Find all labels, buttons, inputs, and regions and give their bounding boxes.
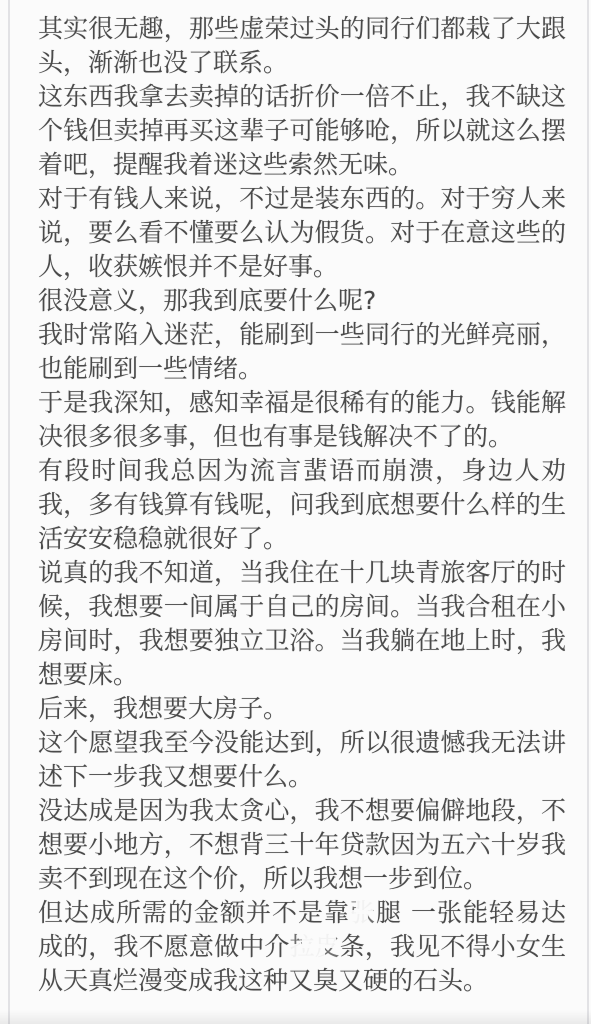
paragraph: 说真的我不知道，当我住在十几块青旅客厅的时候，我想要一间属于自己的房间。当我合租… <box>38 556 566 692</box>
paragraph-text: 后来，我想要大房子。 <box>38 694 288 723</box>
left-edge-line <box>8 0 10 1024</box>
paragraph: 后来，我想要大房子。 <box>38 692 566 726</box>
paragraph: 对于有钱人来说，不过是装东西的。对于穷人来说，要么看不懂要么认为假货。对于在意这… <box>38 182 566 284</box>
paragraph-text: 这个愿望我至今没能达到，所以很遗憾我无法讲述下一步我又想要什么。 <box>38 728 566 791</box>
paragraph: 没达成是因为我太贪心，我不想要偏僻地段，不想要小地方，不想背三十年贷款因为五六十… <box>38 794 566 896</box>
paragraph: 于是我深知，感知幸福是很稀有的能力。钱能解决很多很多事，但也有事是钱解决不了的。 <box>38 386 566 454</box>
censored-text: 张 <box>350 896 375 930</box>
paragraph-text: 说真的我不知道，当我住在十几块青旅客厅的时候，我想要一间属于自己的房间。当我合租… <box>38 558 566 689</box>
paragraph-text: 很没意义，那我到底要什么呢? <box>38 286 376 315</box>
bottom-shade <box>0 1010 591 1024</box>
paragraph-text: 其实很无趣，那些虚荣过头的同行们都栽了大跟头，渐渐也没了联系。 <box>38 14 566 77</box>
paragraph: 但达成所需的金额并不是靠张腿 一张能轻易达成的，我不愿意做中介拉皮条，我见不得小… <box>38 896 566 998</box>
paragraph-text: 我时常陷入迷茫，能刷到一些同行的光鲜亮丽，也能刷到一些情绪。 <box>38 320 566 383</box>
paragraph: 有段时间我总因为流言蜚语而崩溃，身边人劝我，多有钱算有钱呢，问我到底想要什么样的… <box>38 454 566 556</box>
text-post-screenshot: 其实很无趣，那些虚荣过头的同行们都栽了大跟头，渐渐也没了联系。这东西我拿去卖掉的… <box>0 0 591 1024</box>
paragraph-text: 没达成是因为我太贪心，我不想要偏僻地段，不想要小地方，不想背三十年贷款因为五六十… <box>38 796 566 893</box>
post-text: 其实很无趣，那些虚荣过头的同行们都栽了大跟头，渐渐也没了联系。这东西我拿去卖掉的… <box>38 12 566 998</box>
paragraph: 很没意义，那我到底要什么呢? <box>38 284 566 318</box>
paragraph-text: 有段时间我总因为流言蜚语而崩溃，身边人劝我，多有钱算有钱呢，问我到底想要什么样的… <box>38 456 566 553</box>
paragraph: 这东西我拿去卖掉的话折价一倍不止，我不缺这个钱但卖掉再买这辈子可能够呛，所以就这… <box>38 80 566 182</box>
right-edge-line <box>587 0 589 1024</box>
censored-text: 拉皮 <box>290 930 340 964</box>
paragraph: 这个愿望我至今没能达到，所以很遗憾我无法讲述下一步我又想要什么。 <box>38 726 566 794</box>
paragraph-text: 对于有钱人来说，不过是装东西的。对于穷人来说，要么看不懂要么认为假货。对于在意这… <box>38 184 566 281</box>
paragraph-text: 于是我深知，感知幸福是很稀有的能力。钱能解决很多很多事，但也有事是钱解决不了的。 <box>38 388 566 451</box>
paragraph: 我时常陷入迷茫，能刷到一些同行的光鲜亮丽，也能刷到一些情绪。 <box>38 318 566 386</box>
paragraph-text: 但达成所需的金额并不是靠 <box>38 898 350 927</box>
paragraph: 其实很无趣，那些虚荣过头的同行们都栽了大跟头，渐渐也没了联系。 <box>38 12 566 80</box>
paragraph-text: 这东西我拿去卖掉的话折价一倍不止，我不缺这个钱但卖掉再买这辈子可能够呛，所以就这… <box>38 82 566 179</box>
